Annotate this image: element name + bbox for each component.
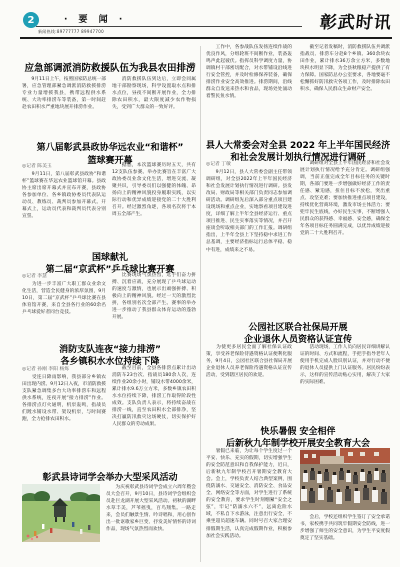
header-rule-thin	[36, 26, 302, 27]
article-column: 为进一步丰富广大职工群众业余文化生活，营造全民健身的浓厚氛围，9月10日，第二届…	[22, 281, 106, 329]
article-column: 截至目前，全县各排涝点累计出动消防车23台次、指战员180余人次，连续作业20余…	[112, 365, 196, 456]
masthead-title: 彰武时讯	[295, 8, 394, 33]
article-title-line1: 国球献礼	[22, 253, 198, 263]
byline: ◎记者 孙刚 李阳 杨烁	[22, 365, 69, 372]
article-column: 为使更多居民全面了解社保认证政策，享受养老保险待遇资格认证便利化服务，9月4日，…	[206, 344, 292, 412]
article-title: 应急部调派消防救援队伍为我县农田排涝	[22, 64, 198, 75]
article-title-line1: 消防支队连夜“接力排涝”	[22, 345, 198, 355]
byline: ◎记者 李慧	[22, 272, 47, 279]
article-column: 9月11日，第八届彰武县政协“和谐杯”篮球赛在华远农业篮球馆开幕。县政协主席出席…	[22, 171, 106, 235]
article-column: 9月11日上午，按照国家防总统一部署，应急管理部紧急调派消防救援排涝专业力量增援…	[22, 76, 106, 130]
article-column: 为庆祝彰武县诗词学会成立六周年暨会员大会召开，9月10日，县诗词学会组织会员赴巨…	[106, 484, 196, 558]
article-column: 消防救援队伍到达后，立即会同属地干部勘察现场，科学设置取水点和排水点位，昼夜不间…	[112, 76, 196, 130]
hotline-text: 新闻热线:89777777 89947700	[38, 29, 104, 35]
article-column: 调研组对全县上半年国民经济和社会发展计划执行情况给予充分肯定。调研组强调，当前正…	[300, 160, 390, 309]
park-photo	[22, 484, 100, 542]
article-title-line1: 县人大常委会对全县 2022 年上半年国民经济	[204, 141, 392, 151]
article-column: 据悉，本次篮球赛历时五天，共有12支队伍参赛。举办比赛旨在丰富广大政协委员业余文…	[112, 162, 196, 235]
article-column: 受连日降雨影响，我县部分乡镇农田出现内涝。9月12日入夜，市消防救援支队紧急调集…	[22, 374, 106, 456]
article-title-line1: 公园社区联合社保局开展	[204, 323, 392, 333]
article-column: 比赛现场气氛热烈，选手们奋力拼搏、沉着应战，充分展现了乒乓球运动的速度与激情，也…	[112, 272, 196, 329]
section-title: · 要 闻 ·	[64, 12, 184, 25]
article-column: 截至记者发稿时，消防救援队伍共调派指战员、排涝车分赴8个乡镇、360余块农田作业…	[300, 44, 390, 130]
article-column: 工作中，各参战队伍发扬连续作战的优良作风，分组轮班不间断作业，装备轰鸣声此起彼伏…	[206, 44, 292, 130]
header-rule-thick	[20, 37, 392, 39]
article-title: 彰武县诗词学会举办大型采风活动	[22, 473, 198, 483]
article-title-line1: 第八届彰武县政协华远农业“和谐杯”	[22, 143, 198, 153]
byline: ◎记者 丁敏	[206, 160, 231, 167]
column-divider	[200, 46, 201, 562]
article-column: 9月12日，县人大常委会副主任带领调研组，对全县2022年上半年国民经济和社会发…	[206, 169, 292, 309]
article-column: 会后，学校还组织学生签订了安全承诺书，家校携手共同筑牢假期安全防线，进一步增强了…	[300, 514, 390, 560]
page-number: 2	[28, 15, 35, 26]
article-column: 活动现场，工作人员向居民详细讲解认证的时间、方式和流程，手把手指导老年人使用手机…	[300, 344, 390, 412]
byline: ◎记者 陈美玉	[22, 162, 52, 169]
article-column: 暑假已来临，为让每个学生度过一个平安、快乐、充实的假期，切实增强学生的安全防范意…	[206, 448, 292, 560]
assembly-photo	[300, 448, 390, 510]
article-title-line1: 快乐暑假 安全相伴	[204, 427, 392, 437]
